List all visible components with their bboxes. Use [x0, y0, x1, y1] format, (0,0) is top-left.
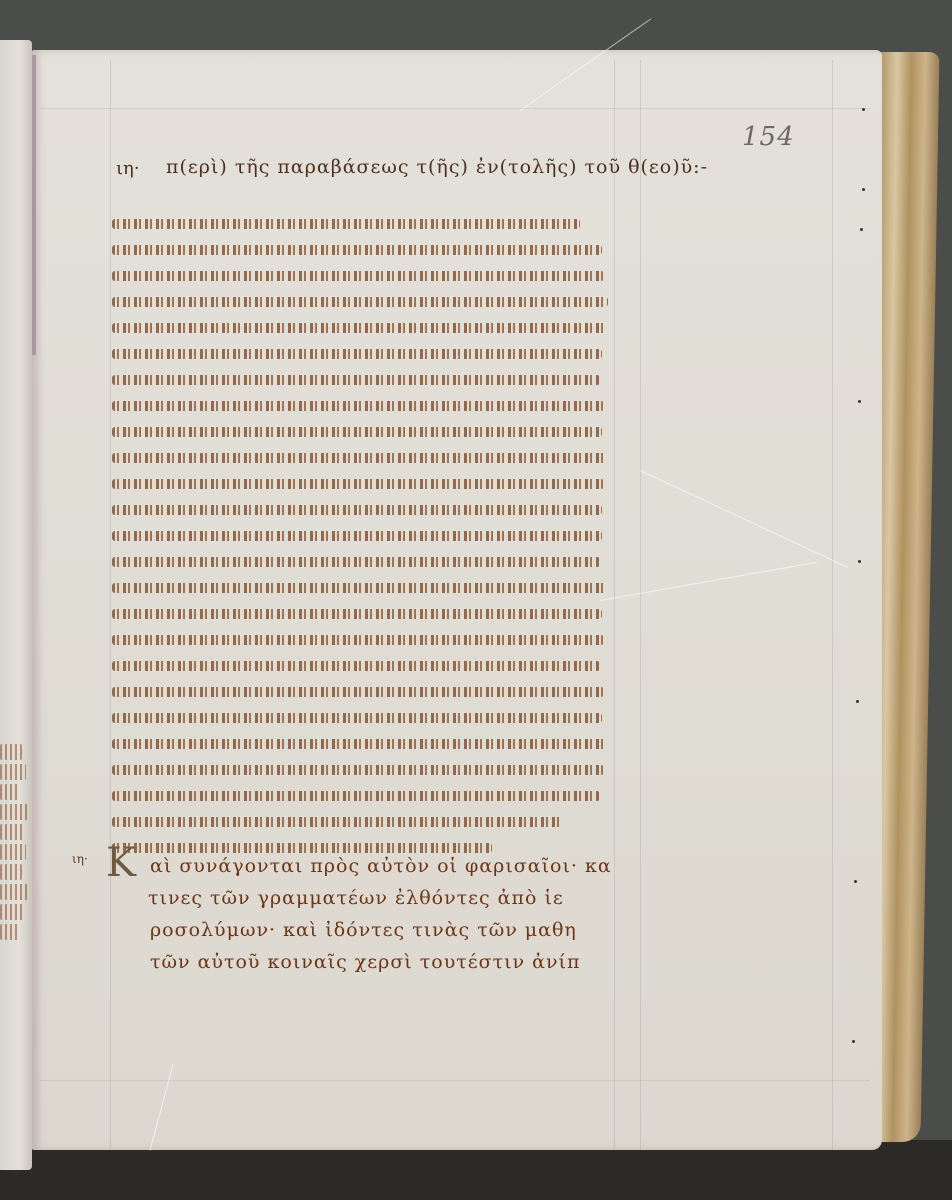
handwritten-ink — [112, 661, 600, 671]
text-line — [112, 314, 610, 340]
chapter-heading: ιη· π(ερὶ) τῆς παραβάσεως τ(ῆς) ἐν(τολῆς… — [116, 150, 596, 190]
handwritten-ink — [112, 479, 604, 489]
section-marginal-number: ιη· — [72, 852, 88, 866]
text-line — [112, 522, 610, 548]
handwritten-ink — [112, 557, 600, 567]
text-line — [112, 288, 610, 314]
gospel-line: ροσολύμων· καὶ ἰδόντες τινὰς τῶν μαθη — [150, 914, 610, 946]
ruling-line — [614, 60, 615, 1150]
left-page-edge — [0, 40, 32, 1170]
text-line — [112, 704, 610, 730]
decorated-initial: Κ — [106, 840, 136, 886]
handwritten-ink — [112, 453, 606, 463]
chapter-title: π(ερὶ) τῆς παραβάσεως τ(ῆς) ἐν(τολῆς) το… — [166, 156, 708, 178]
text-line — [112, 366, 610, 392]
text-line — [112, 444, 610, 470]
text-line — [112, 626, 610, 652]
left-marginal-notes — [0, 740, 30, 980]
main-text-block: Κα(ὶ) φυλάσσεσθαι, φυλακὴν... κατὰ τ(ὴν)… — [112, 210, 610, 860]
text-line — [112, 782, 610, 808]
ruling-line — [40, 1080, 870, 1081]
ruling-line — [40, 108, 870, 109]
handwritten-ink — [112, 765, 604, 775]
handwritten-ink — [112, 635, 604, 645]
text-line — [112, 808, 610, 834]
handwritten-ink — [112, 505, 602, 515]
text-line — [112, 574, 610, 600]
handwritten-ink — [112, 427, 602, 437]
text-line — [112, 340, 610, 366]
text-line — [112, 236, 610, 262]
text-line — [112, 756, 610, 782]
handwritten-ink — [112, 817, 562, 827]
handwritten-ink — [112, 739, 606, 749]
folio-number: 154 — [742, 122, 795, 152]
text-line — [112, 678, 610, 704]
text-line — [112, 210, 610, 236]
handwritten-ink — [112, 349, 602, 359]
handwritten-ink — [112, 297, 608, 307]
handwritten-ink — [112, 609, 602, 619]
gospel-line: αὶ συνάγονται πρὸς αὐτὸν οἱ φαρισαῖοι· κ… — [150, 850, 610, 882]
text-line — [112, 262, 610, 288]
text-line — [112, 496, 610, 522]
gospel-line: τινες τῶν γραμματέων ἐλθόντες ἀπὸ ἱε — [148, 882, 610, 914]
text-line — [112, 600, 610, 626]
handwritten-ink — [112, 531, 602, 541]
gutter-shadow — [32, 55, 36, 355]
ruling-line — [110, 60, 111, 1150]
gospel-line: τῶν αὐτοῦ κοιναῖς χερσὶ τουτέστιν ἀνίπ — [150, 946, 610, 978]
handwritten-ink — [112, 713, 602, 723]
text-line — [112, 730, 610, 756]
handwritten-ink — [112, 245, 602, 255]
handwritten-ink — [112, 791, 600, 801]
ruling-line — [832, 60, 833, 1150]
text-line — [112, 548, 610, 574]
handwritten-ink — [112, 401, 604, 411]
text-line — [112, 392, 610, 418]
handwritten-ink — [112, 687, 604, 697]
handwritten-ink — [112, 271, 604, 281]
handwritten-ink — [112, 583, 606, 593]
handwritten-ink — [112, 323, 606, 333]
text-line — [112, 470, 610, 496]
text-line — [112, 418, 610, 444]
ruling-line — [640, 60, 641, 1150]
handwritten-ink — [112, 219, 580, 229]
chapter-number: ιη· — [116, 158, 140, 179]
gospel-text-block: αὶ συνάγονται πρὸς αὐτὸν οἱ φαρισαῖοι· κ… — [150, 850, 610, 978]
handwritten-ink — [112, 375, 600, 385]
text-line — [112, 652, 610, 678]
